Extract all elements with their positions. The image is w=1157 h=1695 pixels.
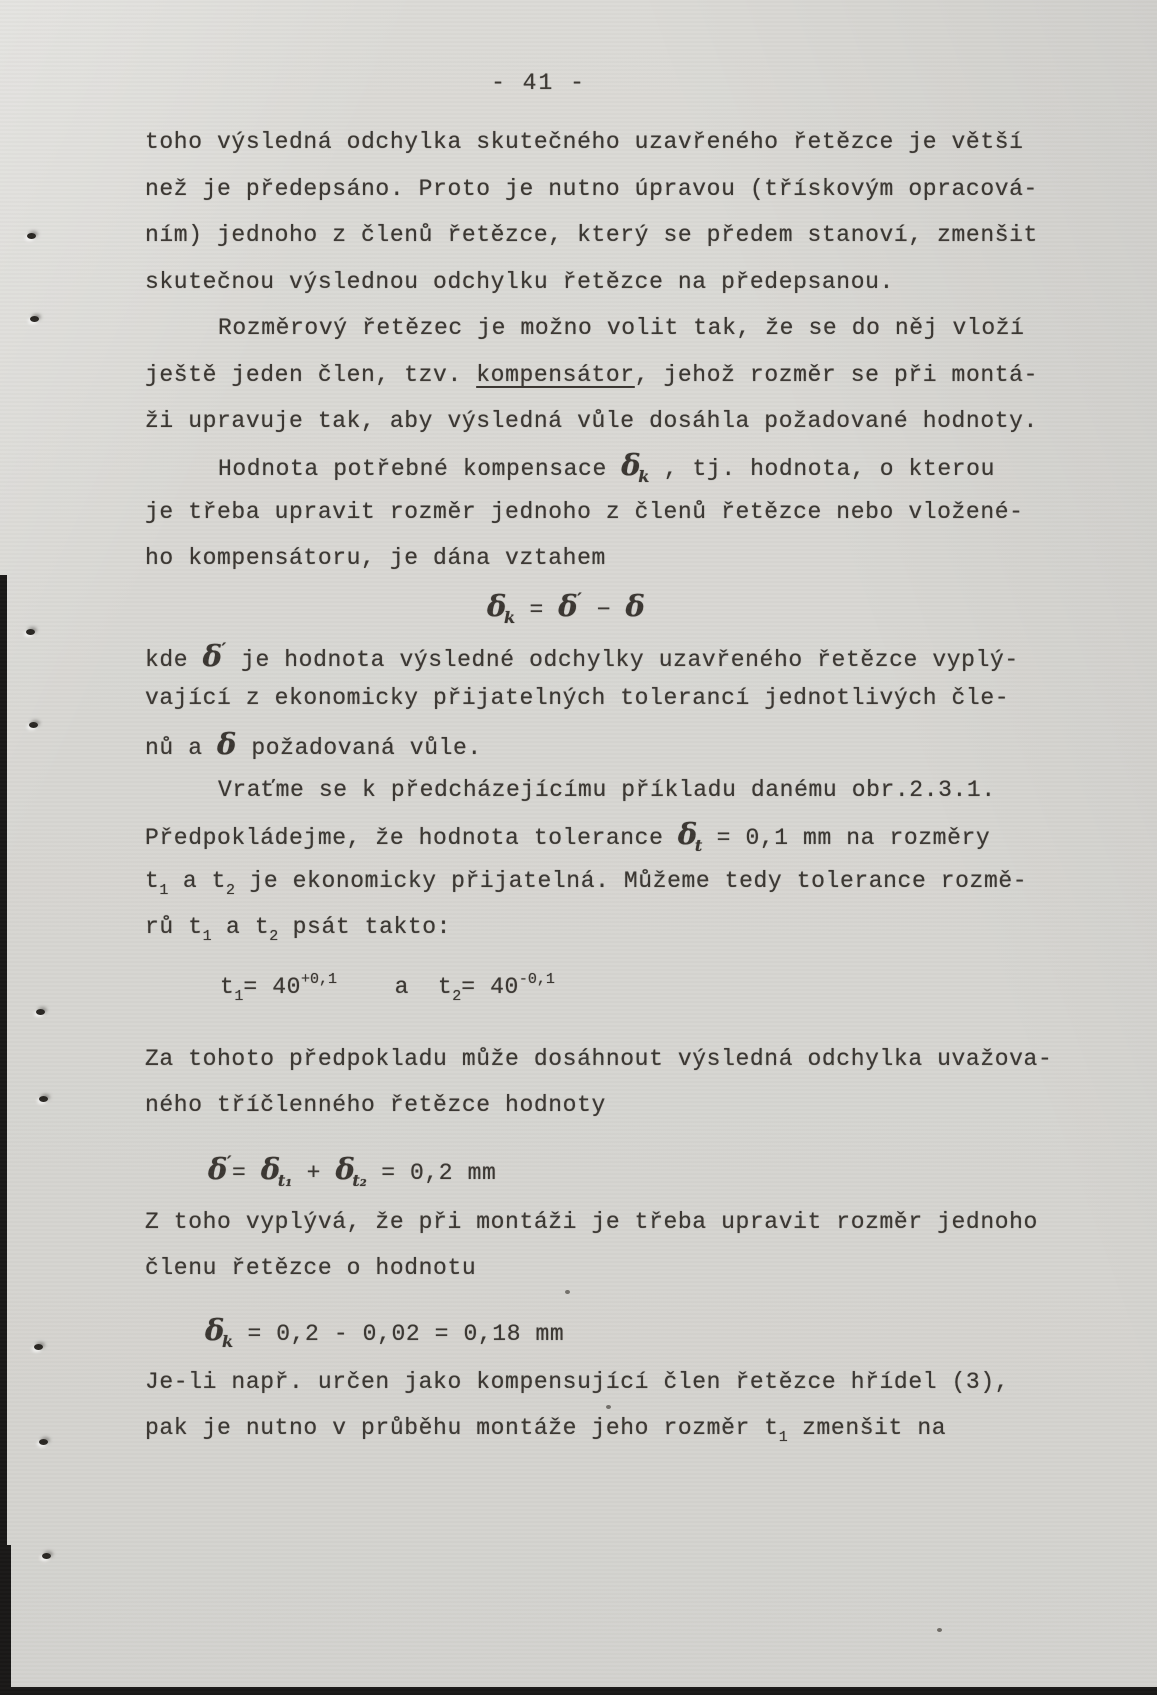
binding-hole-mark (30, 316, 39, 322)
subscript: 2 (226, 882, 235, 899)
delta-symbol: δ′ (203, 645, 227, 672)
text-line: členu řetězce o hodnotu (145, 1253, 476, 1283)
delta-symbol: δt₁ (261, 1158, 292, 1185)
formula-line: δk = 0,2 - 0,02 = 0,18 mm (205, 1315, 564, 1357)
delta-symbol: δ′ (208, 1158, 232, 1185)
paper-speck (937, 1628, 942, 1632)
text-line: kde δ′ je hodnota výsledné odchylky uzav… (145, 635, 1019, 675)
text-line: ho kompensátoru, je dána vztahem (145, 543, 606, 573)
binding-hole-mark (36, 1009, 45, 1015)
subscript: 1 (203, 928, 212, 945)
text-line: než je předepsáno. Proto je nutno úpravo… (145, 174, 1038, 204)
text-line: nů a δ požadovaná vůle. (145, 729, 482, 763)
binding-hole-mark (42, 1553, 51, 1559)
binding-hole-mark (29, 722, 38, 728)
text-line: Rozměrový řetězec je možno volit tak, že… (218, 313, 1025, 343)
formula-line: δk = δ′ − δ (487, 585, 645, 633)
binding-hole-mark (34, 1344, 43, 1350)
text-line: ži upravuje tak, aby výsledná vůle dosáh… (145, 406, 1038, 436)
formula-line: t1= 40+0,1 a t2= 40-0,1 (220, 965, 555, 1012)
subscript: 1 (779, 1429, 788, 1446)
text-line: ním) jednoho z členů řetězce, který se p… (145, 220, 1038, 250)
binding-hole-mark (26, 629, 35, 635)
delta-symbol: δt₂ (335, 1158, 366, 1185)
paper-speck (606, 1405, 611, 1409)
delta-symbol: δ′ (558, 595, 582, 622)
text-line: Předpokládejme, že hodnota tolerance δt … (145, 819, 990, 861)
text-line: Z toho vyplývá, že při montáži je třeba … (145, 1207, 1038, 1237)
binding-hole-mark (39, 1096, 48, 1102)
underlined-term: kompensátor (476, 362, 634, 388)
formula-line: δ′= δt₁ + δt₂ = 0,2 mm (208, 1148, 496, 1196)
scan-bottom-edge (0, 1687, 1157, 1695)
subscript: 2 (452, 988, 461, 1005)
text-line: Vraťme se k předcházejícímu příkladu dan… (218, 775, 996, 805)
text-line: toho výsledná odchylka skutečného uzavře… (145, 127, 1024, 157)
text-line: Hodnota potřebné kompensace δk , tj. hod… (218, 450, 995, 492)
subscript: 1 (159, 882, 168, 899)
subscript: 2 (269, 928, 278, 945)
paper-speck (565, 1290, 570, 1294)
text-line: je třeba upravit rozměr jednoho z členů … (145, 497, 1024, 527)
text-line: ného tříčlenného řetězce hodnoty (145, 1090, 606, 1120)
text-line: Je-li např. určen jako kompensující člen… (145, 1367, 1009, 1397)
delta-symbol: δ (626, 595, 646, 622)
text-line: t1 a t2 je ekonomicky přijatelná. Můžeme… (145, 866, 1027, 906)
scan-left-edge (0, 575, 7, 1695)
text-line: Za tohoto předpokladu může dosáhnout výs… (145, 1044, 1052, 1074)
scanned-page: - 41 - toho výsledná odchylka skutečného… (0, 0, 1157, 1695)
text-line: vající z ekonomicky přijatelných toleran… (145, 683, 1009, 713)
delta-symbol: δt (678, 823, 702, 850)
delta-symbol: δk (205, 1319, 233, 1346)
subscript: 1 (234, 988, 243, 1005)
superscript: +0,1 (301, 971, 337, 988)
text-line: rů t1 a t2 psát takto: (145, 912, 451, 952)
delta-symbol: δk (487, 595, 515, 622)
text-line: skutečnou výslednou odchylku řetězce na … (145, 267, 894, 297)
delta-symbol: δ (217, 733, 237, 760)
text-line: ještě jeden člen, tzv. kompensátor, jeho… (145, 360, 1038, 390)
delta-symbol: δk (621, 454, 649, 481)
superscript: -0,1 (519, 971, 555, 988)
binding-hole-mark (39, 1439, 48, 1445)
binding-hole-mark (27, 233, 36, 239)
page-number: - 41 - (0, 70, 1077, 96)
scan-left-edge-lower (0, 1545, 11, 1695)
text-line: pak je nutno v průběhu montáže jeho rozm… (145, 1413, 946, 1453)
